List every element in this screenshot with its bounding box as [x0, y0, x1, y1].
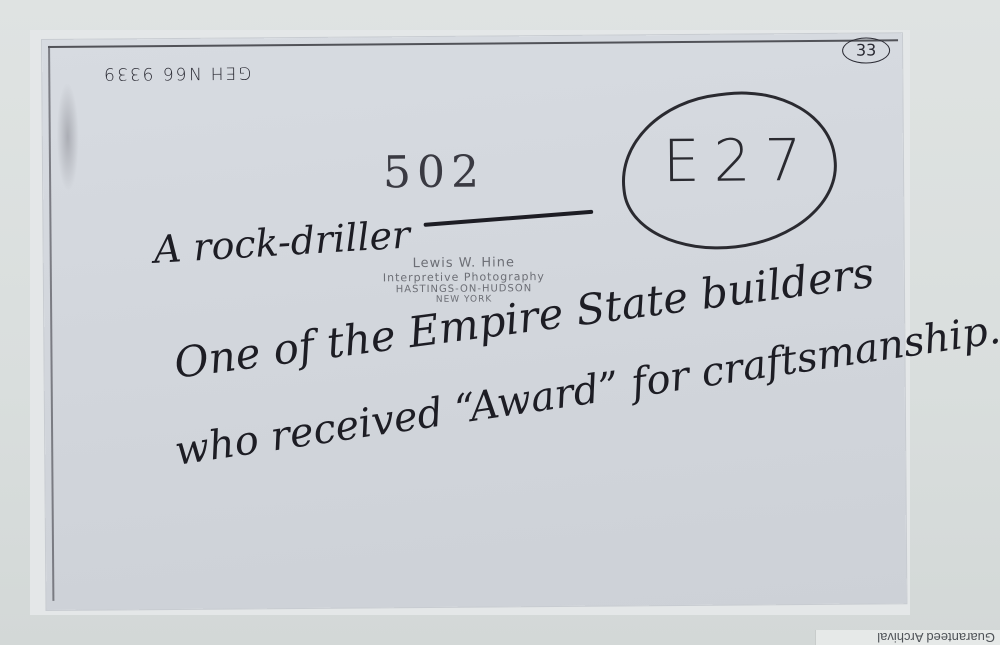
archival-label-text: Guaranteed Archival	[816, 630, 1000, 645]
sheet-top-edge	[48, 39, 898, 48]
archival-label: Guaranteed Archival	[815, 630, 1000, 645]
underline-stroke	[424, 210, 594, 227]
stamp-subtitle: Interpretive Photography	[349, 270, 579, 285]
series-code: E27	[663, 126, 816, 195]
photo-verso-sheet: GEH N66 9339 33 502 E27 A rock-driller L…	[42, 33, 906, 610]
sheet-left-edge	[48, 46, 54, 601]
catalog-number: GEH N66 9339	[102, 62, 251, 83]
pencil-smudge	[56, 82, 79, 192]
page-number-circled: 33	[842, 37, 890, 63]
negative-number: 502	[383, 147, 485, 199]
